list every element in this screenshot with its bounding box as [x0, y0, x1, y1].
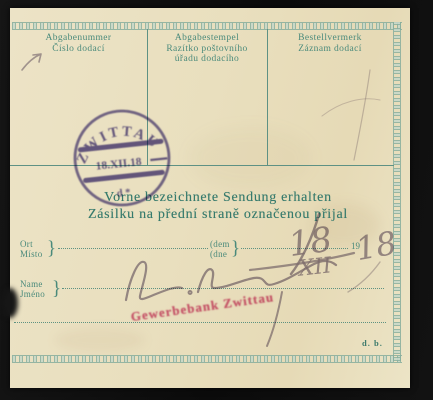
header-bestellvermerk: Bestellvermerk Záznam dodací — [267, 33, 393, 54]
paper-stain — [55, 328, 145, 352]
name-label-de: Name — [20, 279, 45, 289]
name-brace: } — [52, 279, 61, 300]
header-de: Bestellvermerk — [267, 33, 393, 44]
date-field-label: (dem (dne — [210, 239, 230, 259]
header-de: Abgabestempel — [147, 33, 267, 44]
date-brace: } — [231, 239, 240, 260]
postal-form-paper: Abgabenummer Číslo dodací Abgabestempel … — [10, 8, 410, 388]
pencil-stroke — [322, 99, 380, 116]
printer-imprint: d. b. — [362, 338, 383, 348]
postmark-date-text: 18.XII.18 — [95, 156, 142, 173]
zwittau-postmark: ZWITTAU 18.XII.18 d * — [63, 99, 182, 218]
header-de: Abgabenummer — [10, 33, 147, 44]
pencil-date-slash — [291, 214, 319, 274]
name-dotted-line — [62, 288, 384, 289]
year-prefix: 19 — [351, 241, 360, 251]
handwritten-month: XII — [295, 253, 334, 282]
place-label-de: Ort — [20, 239, 43, 249]
header-abgabestempel: Abgabestempel Razítko poštovního úřadu d… — [147, 33, 267, 65]
header-abgabenummer: Abgabenummer Číslo dodací — [10, 33, 147, 54]
header-cs: úřadu dodacího — [147, 54, 267, 65]
handwritten-day: 18 — [286, 219, 334, 265]
pencil-stroke — [354, 70, 370, 160]
pencil-underline — [250, 253, 354, 270]
pencil-arrow-mark — [22, 54, 41, 70]
pencil-signature-dot — [189, 291, 192, 294]
place-field-label: Ort Místo — [20, 239, 43, 259]
date-label-cs: (dne — [210, 249, 230, 259]
date-label-de: (dem — [210, 239, 230, 249]
ornamental-border-bottom — [12, 355, 402, 363]
postmark-killer-line — [150, 158, 167, 160]
place-brace: } — [47, 239, 56, 260]
paper-edge-smudge — [2, 288, 18, 318]
header-cs: Číslo dodací — [10, 44, 147, 55]
header-cs: Razítko poštovního — [147, 44, 267, 55]
place-label-cs: Místo — [20, 249, 43, 259]
scanned-photo-background: { "colors":{ "paper":"#ebe2c2", "print_g… — [0, 0, 433, 400]
spare-dotted-line — [14, 322, 386, 323]
postmark-lower-bar — [83, 170, 165, 184]
postmark-index-letter: d * — [116, 187, 131, 199]
place-dotted-line — [58, 248, 208, 249]
paper-stain — [190, 128, 310, 188]
name-field-label: Name Jméno — [20, 279, 45, 299]
header-cs: Záznam dodací — [267, 44, 393, 55]
postmark-group: ZWITTAU 18.XII.18 d * — [69, 106, 173, 209]
pencil-signature — [126, 262, 182, 300]
receiver-handstamp: Gewerbebank Zwittau — [130, 283, 320, 325]
ornamental-border-top — [12, 22, 402, 30]
date-dotted-line — [241, 248, 348, 249]
name-label-cs: Jméno — [20, 289, 45, 299]
